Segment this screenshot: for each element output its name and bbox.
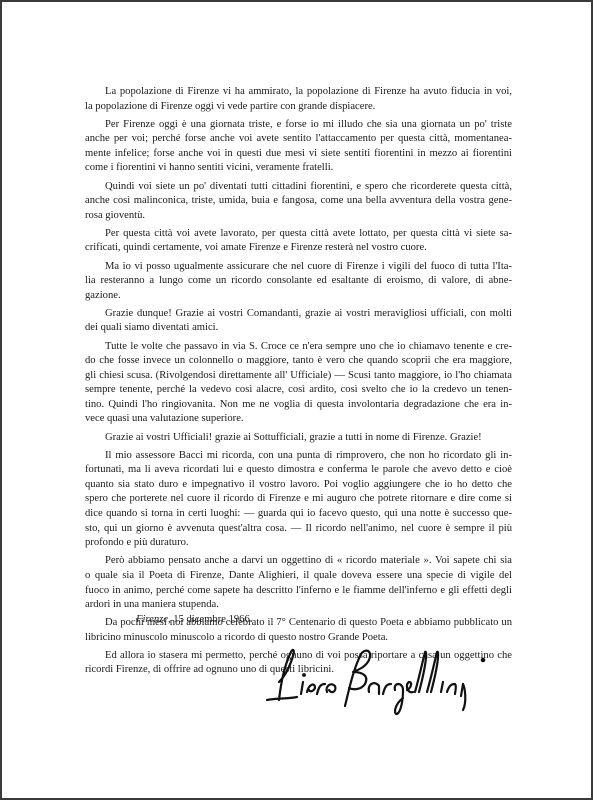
paragraph: Ma io vi posso ugualmente assicurare che…: [85, 260, 512, 304]
paragraph: Grazie dunque! Grazie ai vostri Comandan…: [85, 307, 512, 336]
text-line: gazione.: [85, 289, 512, 304]
text-line: fortunati, ma li aveva ricordati lui e q…: [85, 463, 512, 478]
paragraph: Grazie ai vostri Ufficiali! grazie ai So…: [85, 431, 512, 446]
text-line: dei quali siamo diventati amici.: [85, 321, 512, 336]
text-line: Quindi voi siete un po' diventati tutti …: [85, 180, 512, 195]
text-line: La popolazione di Firenze vi ha ammirato…: [85, 85, 512, 100]
letter-body: La popolazione di Firenze vi ha ammirato…: [85, 85, 512, 682]
text-line: sempre tenente, perché la vedevo così al…: [85, 383, 512, 398]
paragraph: Tutte le volte che passavo in via S. Cro…: [85, 340, 512, 428]
text-line: la popolazione di Firenze oggi vi vede p…: [85, 100, 512, 115]
text-line: Grazie dunque! Grazie ai vostri Comandan…: [85, 307, 512, 322]
text-line: tino. Quindi l'ho ringiovanita. Non me n…: [85, 398, 512, 413]
text-line: anche per voi; perché forse anche voi av…: [85, 132, 512, 147]
document-page: La popolazione di Firenze vi ha ammirato…: [0, 0, 593, 800]
text-line: anche così malinconica, triste, umida, b…: [85, 194, 512, 209]
text-line: vece quasi una valutazione superiore.: [85, 412, 512, 427]
text-line: come i fiorentini vi hanno sentiti vicin…: [85, 161, 512, 176]
dateline-date: , 15 dicembre 1966.: [168, 614, 252, 625]
text-line: Però abbiamo pensato anche a darvi un og…: [85, 554, 512, 569]
paragraph: Per questa città voi avete lavorato, per…: [85, 227, 512, 256]
paragraph: Per Firenze oggi è una giornata triste, …: [85, 118, 512, 176]
text-line: fuoco in animo, perché come sapete ha de…: [85, 584, 512, 599]
paragraph: Il mio assessore Bacci mi ricorda, con u…: [85, 449, 512, 551]
text-line: sto, qui un giorno è avvenuta quest'altr…: [85, 522, 512, 537]
text-line: Per Firenze oggi è una giornata triste, …: [85, 118, 512, 133]
paragraph: La popolazione di Firenze vi ha ammirato…: [85, 85, 512, 114]
text-line: Grazie ai vostri Ufficiali! grazie ai So…: [85, 431, 512, 446]
text-line: lia resteranno a lungo come un ricordo c…: [85, 274, 512, 289]
dateline: Firenze, 15 dicembre 1966.: [136, 614, 252, 625]
dateline-place: Firenze: [136, 614, 168, 625]
text-line: Per questa città voi avete lavorato, per…: [85, 227, 512, 242]
text-line: Il mio assessore Bacci mi ricorda, con u…: [85, 449, 512, 464]
text-line: mente infelice; forse anche voi in quest…: [85, 147, 512, 162]
text-line: Tutte le volte che passavo in via S. Cro…: [85, 340, 512, 355]
text-line: rosa gioventù.: [85, 209, 512, 224]
text-line: o quale sia il Poeta di Firenze, Dante A…: [85, 569, 512, 584]
paragraph: Però abbiamo pensato anche a darvi un og…: [85, 554, 512, 612]
signature-icon: Piero Bargellini: [257, 642, 517, 717]
text-line: profondo e più duraturo.: [85, 536, 512, 551]
text-line: spero che porterete nel cuore il ricordo…: [85, 492, 512, 507]
text-line: dice quando si torna in certi luoghi: — …: [85, 507, 512, 522]
text-line: crificati, quindi certamente, voi amate …: [85, 241, 512, 256]
text-line: quanto sia stato duro e impegnativo il v…: [85, 478, 512, 493]
text-line: do che fosse invece un colonnello o magg…: [85, 354, 512, 369]
text-line: Ma io vi posso ugualmente assicurare che…: [85, 260, 512, 275]
text-line: ardori in una maniera stupenda.: [85, 598, 512, 613]
text-line: gli chiesi scusa. (Rivolgendosi direttam…: [85, 369, 512, 384]
paragraph: Quindi voi siete un po' diventati tutti …: [85, 180, 512, 224]
